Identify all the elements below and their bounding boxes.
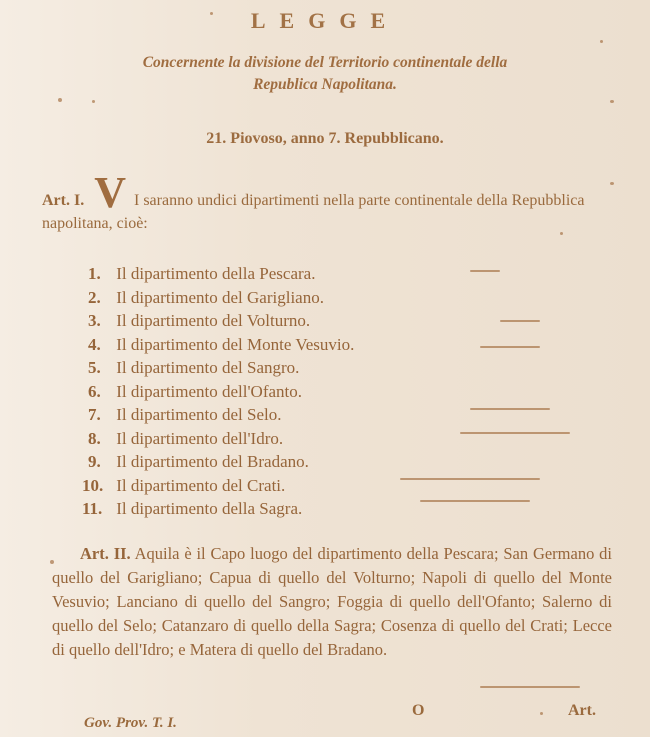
drop-cap: V — [94, 168, 126, 217]
article-1-label: Art. I. — [42, 192, 84, 209]
departments-list: 1. Il dipartimento della Pescara. 2. Il … — [88, 262, 608, 521]
article-2-text: Aquila è il Capo luogo del dipartimento … — [52, 544, 612, 659]
item-text: Il dipartimento del Crati. — [116, 476, 285, 495]
list-item: 11. Il dipartimento della Sagra. — [88, 497, 608, 521]
article-2-label: Art. II. — [52, 544, 131, 563]
ink-speck — [500, 320, 540, 322]
document-date: 21. Piovoso, anno 7. Repubblicano. — [0, 130, 650, 148]
item-text: Il dipartimento della Pescara. — [116, 264, 315, 283]
list-item: 2. Il dipartimento del Garigliano. — [88, 286, 608, 310]
ink-speck — [50, 560, 54, 564]
item-number: 10. — [82, 474, 112, 498]
ink-speck — [610, 100, 614, 103]
printer-signature: Gov. Prov. T. I. — [84, 715, 177, 732]
ink-speck — [420, 500, 530, 502]
document-subtitle: Concernente la divisione del Territorio … — [0, 52, 650, 96]
item-text: Il dipartimento dell'Idro. — [116, 429, 283, 448]
ink-speck — [460, 432, 570, 434]
ink-speck — [600, 40, 603, 43]
ink-speck — [92, 100, 95, 103]
subtitle-line-1: Concernente la divisione del Territorio … — [0, 52, 650, 74]
item-text: Il dipartimento del Selo. — [116, 405, 281, 424]
item-number: 4. — [88, 333, 112, 357]
item-number: 6. — [88, 380, 112, 404]
item-number: 9. — [88, 450, 112, 474]
item-text: Il dipartimento del Garigliano. — [116, 288, 324, 307]
item-text: Il dipartimento del Volturno. — [116, 311, 310, 330]
subtitle-line-2: Republica Napolitana. — [0, 74, 650, 96]
item-number: 3. — [88, 309, 112, 333]
item-text: Il dipartimento del Monte Vesuvio. — [116, 335, 354, 354]
item-number: 5. — [88, 356, 112, 380]
list-item: 5. Il dipartimento del Sangro. — [88, 356, 608, 380]
list-item: 7. Il dipartimento del Selo. — [88, 403, 608, 427]
article-1: Art. I. V I saranno undici dipartimenti … — [42, 178, 622, 235]
item-number: 11. — [82, 497, 112, 521]
article-2: Art. II. Aquila è il Capo luogo del dipa… — [52, 542, 612, 662]
list-item: 9. Il dipartimento del Bradano. — [88, 450, 608, 474]
ink-speck — [470, 408, 550, 410]
document-title: LEGGE — [0, 8, 650, 34]
item-number: 1. — [88, 262, 112, 286]
signature-mark: O — [412, 702, 424, 720]
ink-speck — [540, 712, 543, 715]
catchword: Art. — [568, 702, 596, 720]
item-number: 8. — [88, 427, 112, 451]
item-text: Il dipartimento della Sagra. — [116, 499, 302, 518]
item-number: 7. — [88, 403, 112, 427]
item-number: 2. — [88, 286, 112, 310]
ink-speck — [480, 686, 580, 688]
list-item: 1. Il dipartimento della Pescara. — [88, 262, 608, 286]
ink-speck — [210, 12, 213, 15]
ink-speck — [58, 98, 62, 102]
ink-speck — [480, 346, 540, 348]
ink-speck — [400, 478, 540, 480]
list-item: 8. Il dipartimento dell'Idro. — [88, 427, 608, 451]
item-text: Il dipartimento del Bradano. — [116, 452, 309, 471]
list-item: 6. Il dipartimento dell'Ofanto. — [88, 380, 608, 404]
list-item: 4. Il dipartimento del Monte Vesuvio. — [88, 333, 608, 357]
item-text: Il dipartimento dell'Ofanto. — [116, 382, 302, 401]
ink-speck — [470, 270, 500, 272]
document-page: LEGGE Concernente la divisione del Terri… — [0, 0, 650, 737]
item-text: Il dipartimento del Sangro. — [116, 358, 299, 377]
ink-speck — [610, 182, 614, 185]
ink-speck — [560, 232, 563, 235]
